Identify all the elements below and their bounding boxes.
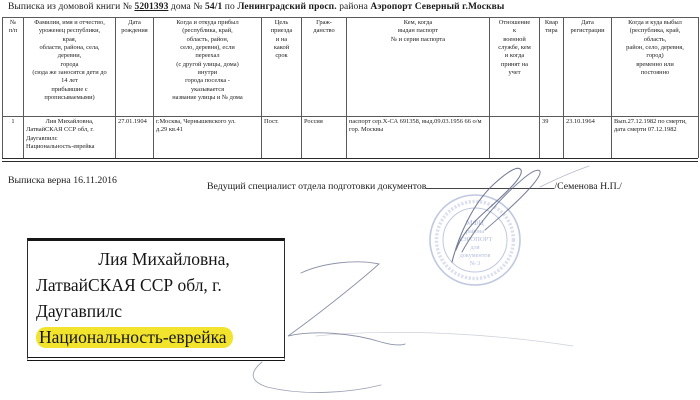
house-register-extract-document: Выписка из домовой книги № 5201393 дома …	[0, 0, 700, 400]
cell-purpose: Пост.	[262, 117, 302, 158]
cell-name: Лия Михайловна,ЛатвайСКАЯ ССР обл, г. Да…	[24, 117, 116, 158]
table-bottom-rule	[2, 158, 698, 162]
book-number: 5201393	[134, 2, 168, 12]
title-po: по	[225, 2, 235, 12]
house-number: 54/1	[205, 2, 222, 12]
cell-birth-date: 27.01.1904	[116, 117, 154, 158]
signature-line	[426, 180, 554, 189]
flourish-leader-stroke	[316, 332, 573, 346]
col-header-military: Отношение к военной службе, кем и когда …	[490, 18, 540, 117]
cell-num: 1	[3, 117, 24, 158]
district-name: Аэропорт Северный г.Москвы	[370, 2, 504, 12]
cell-departed: Вып.27.12.1982 по смерти, дата смерти 07…	[612, 117, 699, 158]
cell-passport: паспорт сер.Х-СА 691358, выд.09.03.1956 …	[347, 117, 490, 158]
verified-note: Выписка верна 16.11.2016	[8, 175, 117, 186]
nationality-highlight: Национальность-еврейка	[36, 327, 233, 348]
stamp-line-6: № 3	[470, 260, 481, 267]
callout-nationality-line: Национальность-еврейка	[36, 324, 274, 350]
callout-region-line: ЛатвайСКАЯ ССР обл, г.	[36, 272, 274, 298]
specialist-title: Ведущий специалист отдела подготовки док…	[207, 181, 426, 192]
stamp-line-2: района	[466, 228, 485, 235]
cell-arrived-from: г.Москва, Чернышевского ул. д.29 кв.41	[154, 117, 262, 158]
cell-name-line1: Лия Михайловна,	[26, 118, 113, 126]
cell-apartment: 39	[540, 117, 564, 158]
stamp-line-3: АЭРОПОРТ	[458, 236, 493, 243]
cell-military	[490, 117, 540, 158]
col-header-arrived-from: Когда и откуда прибыл (республика, край,…	[154, 18, 262, 117]
title-prefix: Выписка из домовой книги №	[8, 2, 132, 12]
callout-box: Лия Михайловна, ЛатвайСКАЯ ССР обл, г. Д…	[27, 238, 285, 361]
signature-name: /Семенова Н.П./	[554, 181, 621, 192]
specialist-signature-row: Ведущий специалист отдела подготовки док…	[207, 180, 622, 192]
stamp-line-5: документов	[460, 252, 491, 259]
col-header-num: № п/п	[3, 18, 24, 117]
title-raiona: района	[339, 2, 368, 12]
official-stamp: МФЦ района АЭРОПОРТ для документов № 3	[427, 192, 523, 288]
flourish-tail-stroke	[253, 362, 381, 393]
street-name: Ленинградский просп.	[237, 2, 336, 12]
col-header-departed: Когда и куда выбыл (республика, край, об…	[612, 18, 699, 117]
col-header-reg-date: Дата регистрации	[564, 18, 612, 117]
stamp-line-1: МФЦ	[466, 218, 484, 227]
cell-citizenship: Россия	[302, 117, 347, 158]
table-header-row: № п/п Фамилия, имя и отчество, уроженец …	[3, 18, 699, 117]
stamp-line-4: для	[470, 244, 479, 251]
stamp-graphic: МФЦ района АЭРОПОРТ для документов № 3	[427, 192, 523, 288]
col-header-birth-date: Дата рождения	[116, 18, 154, 117]
col-header-name: Фамилия, имя и отчество, уроженец респуб…	[24, 18, 116, 117]
col-header-purpose: Цель приезда и на какой срок	[262, 18, 302, 117]
document-title: Выписка из домовой книги № 5201393 дома …	[8, 2, 504, 12]
table-row: 1 Лия Михайловна,ЛатвайСКАЯ ССР обл, г. …	[3, 117, 699, 158]
title-house-label: дома №	[171, 2, 203, 12]
flourish-z-stroke	[288, 262, 405, 345]
col-header-apartment: Квар тира	[540, 18, 564, 117]
callout-name-line: Лия Михайловна,	[36, 246, 274, 272]
cell-name-rest: ЛатвайСКАЯ ССР обл, г. Даугавпилс Национ…	[26, 126, 95, 150]
col-header-passport: Кем, когда выдан паспорт № и серия паспо…	[347, 18, 490, 117]
col-header-citizenship: Граж- данство	[302, 18, 347, 117]
callout-city-line: Даугавпилс	[36, 298, 274, 324]
register-table: № п/п Фамилия, имя и отчество, уроженец …	[2, 17, 699, 158]
cell-reg-date: 23.10.1964	[564, 117, 612, 158]
